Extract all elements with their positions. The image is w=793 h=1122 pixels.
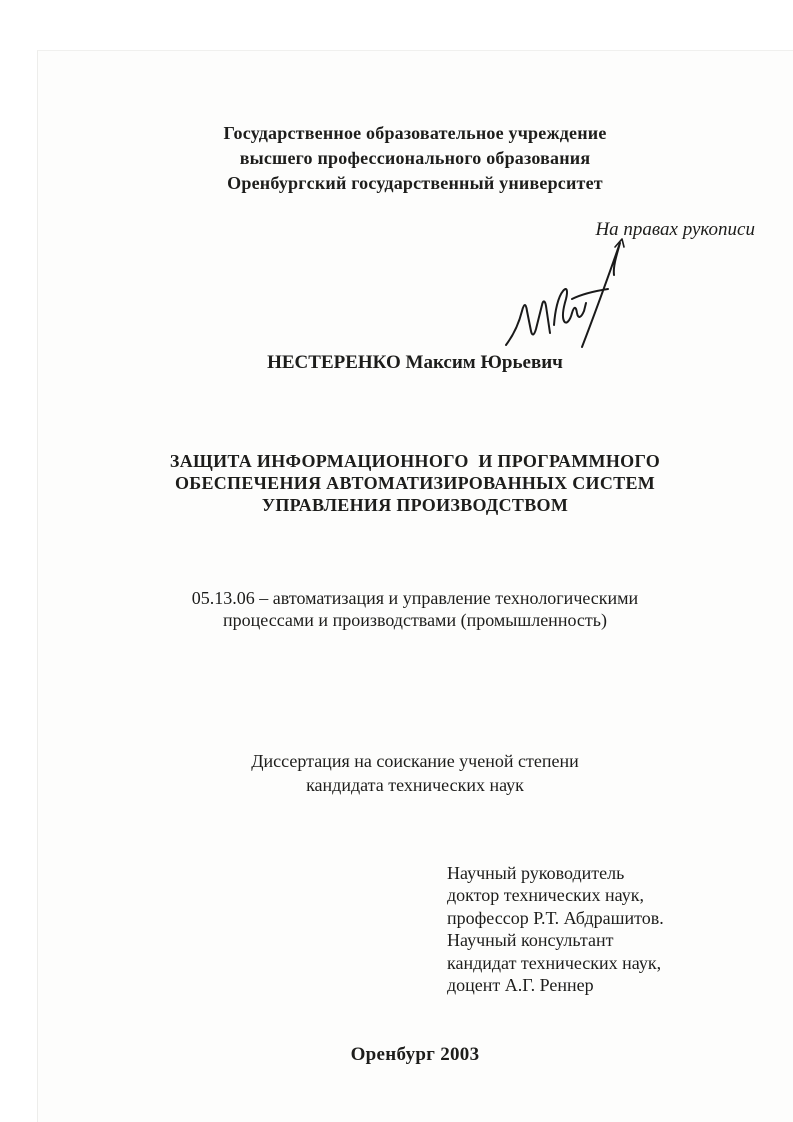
scanned-title-page: Государственное образовательное учрежден…	[0, 0, 793, 1122]
advisor-line-6: доцент А.Г. Реннер	[447, 974, 664, 996]
institution-line-3: Оренбургский государственный университет	[37, 171, 793, 196]
advisor-line-2: доктор технических наук,	[447, 884, 664, 906]
degree-line-1: Диссертация на соискание ученой степени	[37, 749, 793, 773]
advisor-line-4: Научный консультант	[447, 929, 664, 951]
specialty-line-2: процессами и производствами (промышленно…	[37, 610, 793, 632]
advisors-block: Научный руководитель доктор технических …	[447, 862, 664, 996]
specialty-code-block: 05.13.06 – автоматизация и управление те…	[37, 588, 793, 631]
institution-header: Государственное образовательное учрежден…	[37, 121, 793, 196]
advisor-line-3: профессор Р.Т. Абдрашитов.	[447, 907, 664, 929]
paper-sheet	[37, 50, 793, 1122]
advisor-line-5: кандидат технических наук,	[447, 952, 664, 974]
degree-statement: Диссертация на соискание ученой степени …	[37, 749, 793, 797]
author-name: НЕСТЕРЕНКО Максим Юрьевич	[37, 352, 793, 374]
specialty-line-1: 05.13.06 – автоматизация и управление те…	[37, 588, 793, 610]
title-line-3: УПРАВЛЕНИЯ ПРОИЗВОДСТВОМ	[37, 494, 793, 516]
degree-line-2: кандидата технических наук	[37, 773, 793, 797]
handwritten-signature-icon	[498, 233, 658, 358]
title-line-1: ЗАЩИТА ИНФОРМАЦИОННОГО И ПРОГРАММНОГО	[37, 450, 793, 472]
title-line-2: ОБЕСПЕЧЕНИЯ АВТОМАТИЗИРОВАННЫХ СИСТЕМ	[37, 472, 793, 494]
institution-line-1: Государственное образовательное учрежден…	[37, 121, 793, 146]
institution-line-2: высшего профессионального образования	[37, 146, 793, 171]
dissertation-title: ЗАЩИТА ИНФОРМАЦИОННОГО И ПРОГРАММНОГО ОБ…	[37, 450, 793, 516]
city-year-imprint: Оренбург 2003	[37, 1044, 793, 1066]
advisor-line-1: Научный руководитель	[447, 862, 664, 884]
